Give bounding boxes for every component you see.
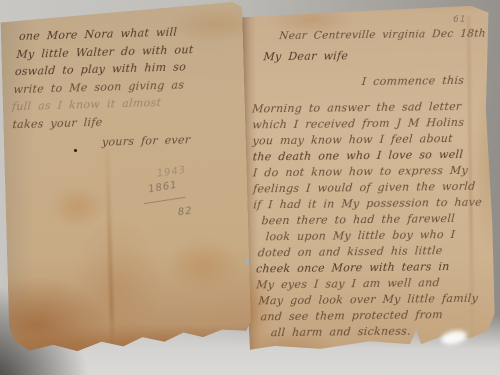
handwriting-line: one More Nora what will xyxy=(19,26,178,43)
pencil-year-superscript: 61 xyxy=(453,15,467,25)
letter-photograph: one More Nora what will My little Walter… xyxy=(0,0,500,375)
handwriting-line: you may know how I feel about xyxy=(252,132,453,147)
handwriting-line: all harm and sickness. xyxy=(270,324,411,339)
handwriting-line: I commence this xyxy=(361,74,464,88)
handwriting-line: I do not know how to express My xyxy=(252,164,468,180)
pencil-note-result: 82 xyxy=(177,205,193,218)
blue-speck xyxy=(246,259,249,263)
handwriting-line: and see them protected from xyxy=(260,308,443,323)
handwriting-line: the death one who I love so well xyxy=(252,148,463,164)
handwriting-line: been there to had the farewell xyxy=(261,212,455,227)
letter-left-page: one More Nora what will My little Walter… xyxy=(0,2,252,359)
handwriting-line: doted on and kissed his little xyxy=(257,244,443,259)
handwriting-line: oswald to play with him so xyxy=(15,60,187,78)
ink-dot xyxy=(74,149,77,152)
handwriting-line: Morning to answer the sad letter xyxy=(252,100,462,116)
handwriting-line: if I had it in My possession to have xyxy=(253,196,483,212)
handwriting-line: May god look over My little family xyxy=(258,292,479,308)
handwriting-line: My little Walter do with out xyxy=(16,43,194,61)
handwriting-line: write to Me soon giving as xyxy=(13,78,185,96)
dateline: Near Centreville virginia Dec 18th xyxy=(279,28,486,43)
handwriting-line: My eyes I say I am well and xyxy=(256,276,441,291)
salutation: My Dear wife xyxy=(263,49,349,63)
handwriting-line: cheek once More with tears in xyxy=(256,260,451,275)
pencil-note-year-bottom: 1861 xyxy=(148,180,179,196)
handwriting-line: feelings I would of given the world xyxy=(253,180,476,196)
handwriting-line: full as I know it almost xyxy=(12,96,162,113)
signature-line: yours for ever xyxy=(102,133,191,148)
handwriting-line: takes your life xyxy=(12,116,103,132)
handwriting-line: look upon My little boy who I xyxy=(265,228,456,243)
pencil-subtraction-line xyxy=(144,197,186,204)
handwriting-line: which I received from J M Holins xyxy=(252,116,465,132)
pencil-note-year-top: 1943 xyxy=(156,165,187,180)
paper-crease xyxy=(105,135,115,350)
letter-right-page: Near Centreville virginia Dec 18th 61 My… xyxy=(241,5,495,358)
